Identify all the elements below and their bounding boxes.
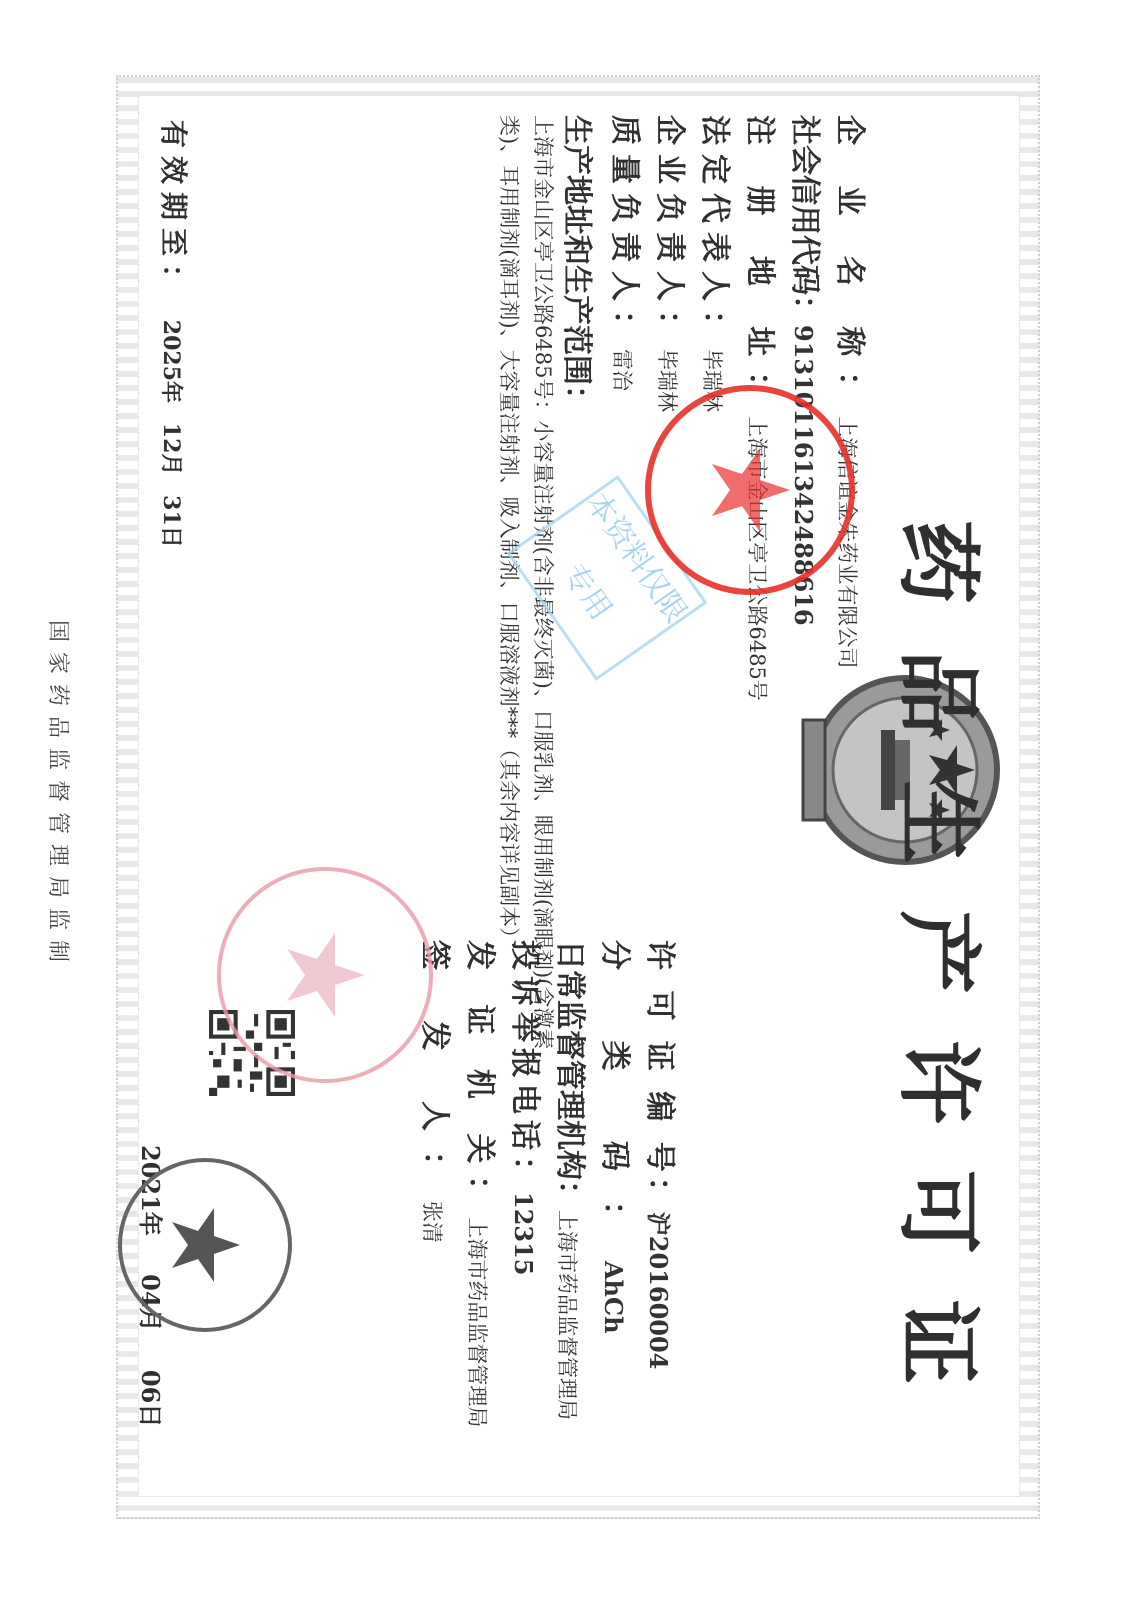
field-classification-code: 分 类 码：AhCh [596, 940, 640, 1334]
field-credit-code: 社会信用代码：913101161342488616 [786, 115, 830, 626]
field-company-name: 企 业 名 称：上海信谊金朱药业有限公司 [831, 115, 875, 668]
field-enterprise-head: 企业负责人：毕瑞林 [651, 115, 695, 412]
field-supervising-agency: 日常监督管理机构：上海市药品监督管理局 [551, 940, 595, 1420]
scope-label: 生产地址和生产范围： [558, 115, 602, 415]
license-sheet: 药品生产许可证 企 业 名 称：上海信谊金朱药业有限公司 社会信用代码：9131… [0, 0, 1130, 1600]
field-issuing-authority: 发 证 机 关：上海市药品监督管理局 [461, 940, 505, 1427]
field-issuer: 签 发 人：张清 [416, 940, 460, 1243]
footer-issuer: 国家药品监督管理局监制 [44, 620, 75, 972]
field-registered-address: 注 册 地 址：上海市金山区亭卫公路6485号 [741, 115, 785, 701]
issue-date: 2021年 04月 06日 [135, 1145, 170, 1427]
qr-code-icon [209, 1010, 295, 1096]
field-license-number: 许 可 证 编 号：沪20160004 [641, 940, 685, 1369]
page-title: 药品生产许可证 [884, 520, 1005, 1430]
field-complaint-hotline: 投诉举报电话：12315 [506, 940, 550, 1276]
validity-date: 有效期至： 2025年 12月 31日 [155, 120, 195, 548]
scope-text: 上海市金山区亭卫公路6485号：小容量注射剂(含非最终灭菌)、口服乳剂、眼用制剂… [492, 115, 560, 1075]
field-quality-head: 质量负责人：雷治 [606, 115, 650, 391]
field-legal-representative: 法定代表人：毕瑞林 [696, 115, 740, 412]
